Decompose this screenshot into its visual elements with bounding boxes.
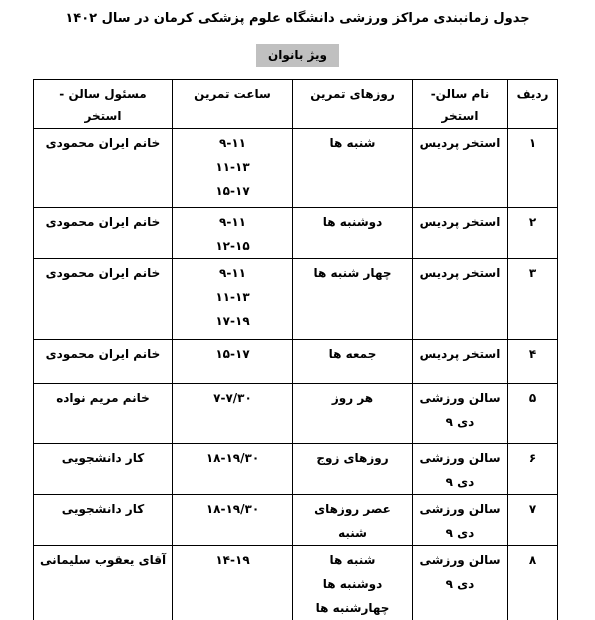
table-row: ۱استخر پردیسشنبه ها۹-۱۱۱۱-۱۳۱۵-۱۷خانم ای… <box>34 129 558 208</box>
cell-text: خانم مریم نواده <box>36 386 170 410</box>
manager-cell: خانم ایران محمودی <box>34 208 173 259</box>
table-row: ۶سالن ورزشی۹ دیروزهای زوج۱۸-۱۹/۳۰کار دان… <box>34 444 558 495</box>
cell-text: سالن ورزشی <box>415 548 505 572</box>
row-number-cell: ۲ <box>508 208 558 259</box>
days-cell: چهار شنبه ها <box>293 259 413 340</box>
cell-text: ۱۸-۱۹/۳۰ <box>175 497 290 521</box>
times-cell: ۱۸-۱۹/۳۰ <box>173 495 293 546</box>
days-cell: هر روز <box>293 384 413 444</box>
cell-text: جمعه ها <box>295 342 410 366</box>
header-text: استخر <box>415 105 505 127</box>
row-number-cell: ۵ <box>508 384 558 444</box>
days-cell: دوشنبه ها <box>293 208 413 259</box>
table-row: ۳استخر پردیسچهار شنبه ها۹-۱۱۱۱-۱۳۱۷-۱۹خا… <box>34 259 558 340</box>
cell-text: ۱۱-۱۳ <box>175 155 290 179</box>
days-cell: شنبه ها <box>293 129 413 208</box>
venue-cell: سالن ورزشی۹ دی <box>413 546 508 620</box>
cell-text: سالن ورزشی <box>415 497 505 521</box>
venue-cell: استخر پردیس <box>413 129 508 208</box>
cell-text: دوشنبه ها <box>295 210 410 234</box>
cell-text: ۹-۱۱ <box>175 131 290 155</box>
header-text: روزهای تمرین <box>295 83 410 105</box>
manager-cell: خانم مریم نواده <box>34 384 173 444</box>
venue-cell: سالن ورزشی۹ دی <box>413 495 508 546</box>
venue-cell: سالن ورزشی۹ دی <box>413 444 508 495</box>
women-only-highlight: ویژ بانوان <box>256 44 339 67</box>
cell-text: ۱۲-۱۵ <box>175 234 290 258</box>
schedule-table: ردیف نام سالن- استخر روزهای تمرین ساعت ت… <box>33 79 558 620</box>
venue-cell: استخر پردیس <box>413 340 508 384</box>
cell-text: ۶ <box>510 446 555 470</box>
table-row: ۸سالن ورزشی۹ دیشنبه هادوشنبه هاچهارشنبه … <box>34 546 558 620</box>
cell-text: دوشنبه ها <box>295 572 410 596</box>
cell-text: ۱۸-۱۹/۳۰ <box>175 446 290 470</box>
cell-text: خانم ایران محمودی <box>36 131 170 155</box>
header-row: ردیف نام سالن- استخر روزهای تمرین ساعت ت… <box>34 80 558 129</box>
days-cell: شنبه هادوشنبه هاچهارشنبه ها <box>293 546 413 620</box>
cell-text: خانم ایران محمودی <box>36 342 170 366</box>
cell-text: هر روز <box>295 386 410 410</box>
manager-cell: خانم ایران محمودی <box>34 129 173 208</box>
venue-cell: سالن ورزشی۹ دی <box>413 384 508 444</box>
cell-text: شنبه <box>295 521 410 545</box>
cell-text: استخر پردیس <box>415 261 505 285</box>
times-cell: ۹-۱۱۱۲-۱۵ <box>173 208 293 259</box>
cell-text: ۹ دی <box>415 521 505 545</box>
table-row: ۴استخر پردیسجمعه ها۱۵-۱۷خانم ایران محمود… <box>34 340 558 384</box>
cell-text: شنبه ها <box>295 548 410 572</box>
header-text: ردیف <box>510 83 555 105</box>
cell-text: ۷ <box>510 497 555 521</box>
manager-cell: خانم ایران محمودی <box>34 340 173 384</box>
header-venue: نام سالن- استخر <box>413 80 508 129</box>
header-text: استخر <box>36 105 170 127</box>
header-text: نام سالن- <box>415 83 505 105</box>
cell-text: ۱۵-۱۷ <box>175 179 290 203</box>
cell-text: کار دانشجویی <box>36 497 170 521</box>
days-cell: جمعه ها <box>293 340 413 384</box>
venue-cell: استخر پردیس <box>413 208 508 259</box>
cell-text: ۹-۱۱ <box>175 261 290 285</box>
manager-cell: خانم ایران محمودی <box>34 259 173 340</box>
cell-text: ۹ دی <box>415 470 505 494</box>
cell-text: ۹ دی <box>415 410 505 434</box>
cell-text: چهارشنبه ها <box>295 596 410 620</box>
header-text: ساعت تمرین <box>175 83 290 105</box>
table-row: ۲استخر پردیسدوشنبه ها۹-۱۱۱۲-۱۵خانم ایران… <box>34 208 558 259</box>
cell-text: خانم ایران محمودی <box>36 261 170 285</box>
cell-text: استخر پردیس <box>415 342 505 366</box>
header-times: ساعت تمرین <box>173 80 293 129</box>
cell-text: ۷-۷/۳۰ <box>175 386 290 410</box>
cell-text: عصر روزهای <box>295 497 410 521</box>
cell-text: آقای یعقوب سلیمانی <box>36 548 170 572</box>
cell-text: ۱۷-۱۹ <box>175 309 290 333</box>
subtitle-row: ویژ بانوان <box>0 44 595 67</box>
row-number-cell: ۷ <box>508 495 558 546</box>
page-title: جدول زمانبندی مراکز ورزشی دانشگاه علوم پ… <box>0 11 595 26</box>
times-cell: ۱۵-۱۷ <box>173 340 293 384</box>
cell-text: استخر پردیس <box>415 210 505 234</box>
manager-cell: کار دانشجویی <box>34 495 173 546</box>
cell-text: چهار شنبه ها <box>295 261 410 285</box>
row-number-cell: ۳ <box>508 259 558 340</box>
times-cell: ۱۴-۱۹ <box>173 546 293 620</box>
times-cell: ۹-۱۱۱۱-۱۳۱۵-۱۷ <box>173 129 293 208</box>
table-row: ۷سالن ورزشی۹ دیعصر روزهایشنبه۱۸-۱۹/۳۰کار… <box>34 495 558 546</box>
cell-text: سالن ورزشی <box>415 446 505 470</box>
cell-text: روزهای زوج <box>295 446 410 470</box>
schedule-table-wrap: ردیف نام سالن- استخر روزهای تمرین ساعت ت… <box>33 79 558 620</box>
table-row: ۵سالن ورزشی۹ دیهر روز۷-۷/۳۰خانم مریم نوا… <box>34 384 558 444</box>
cell-text: ۱۱-۱۳ <box>175 285 290 309</box>
cell-text: ۱۵-۱۷ <box>175 342 290 366</box>
times-cell: ۱۸-۱۹/۳۰ <box>173 444 293 495</box>
cell-text: ۲ <box>510 210 555 234</box>
row-number-cell: ۴ <box>508 340 558 384</box>
cell-text: خانم ایران محمودی <box>36 210 170 234</box>
times-cell: ۷-۷/۳۰ <box>173 384 293 444</box>
row-number-cell: ۱ <box>508 129 558 208</box>
cell-text: ۵ <box>510 386 555 410</box>
cell-text: ۸ <box>510 548 555 572</box>
cell-text: کار دانشجویی <box>36 446 170 470</box>
cell-text: استخر پردیس <box>415 131 505 155</box>
cell-text: ۹ دی <box>415 572 505 596</box>
times-cell: ۹-۱۱۱۱-۱۳۱۷-۱۹ <box>173 259 293 340</box>
venue-cell: استخر پردیس <box>413 259 508 340</box>
cell-text: ۳ <box>510 261 555 285</box>
table-body: ۱استخر پردیسشنبه ها۹-۱۱۱۱-۱۳۱۵-۱۷خانم ای… <box>34 129 558 620</box>
row-number-cell: ۶ <box>508 444 558 495</box>
cell-text: ۴ <box>510 342 555 366</box>
header-days: روزهای تمرین <box>293 80 413 129</box>
row-number-cell: ۸ <box>508 546 558 620</box>
manager-cell: کار دانشجویی <box>34 444 173 495</box>
cell-text: ۹-۱۱ <box>175 210 290 234</box>
header-text: مسئول سالن - <box>36 83 170 105</box>
cell-text: شنبه ها <box>295 131 410 155</box>
header-row-number: ردیف <box>508 80 558 129</box>
days-cell: روزهای زوج <box>293 444 413 495</box>
header-manager: مسئول سالن - استخر <box>34 80 173 129</box>
cell-text: سالن ورزشی <box>415 386 505 410</box>
days-cell: عصر روزهایشنبه <box>293 495 413 546</box>
cell-text: ۱۴-۱۹ <box>175 548 290 572</box>
page: { "page": { "title": "جدول زمانبندی مراک… <box>0 0 595 620</box>
manager-cell: آقای یعقوب سلیمانی <box>34 546 173 620</box>
cell-text: ۱ <box>510 131 555 155</box>
